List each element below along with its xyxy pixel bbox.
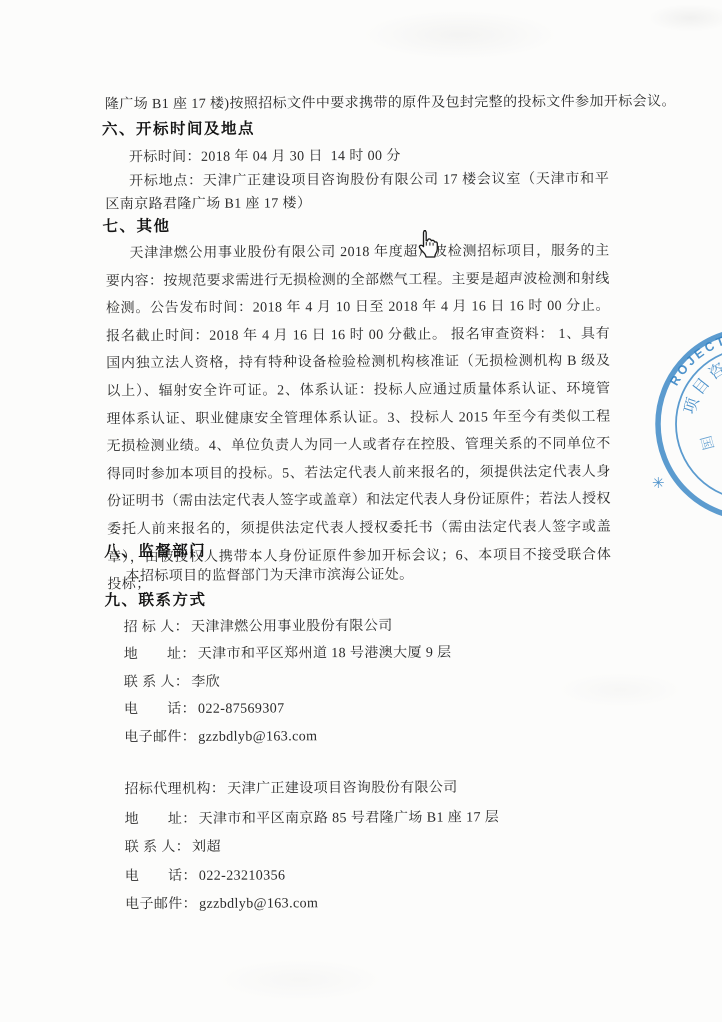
contact-label: 电子邮件：	[125, 897, 197, 912]
tenderer-contact-person-row: 联 系 人：李欣	[124, 672, 220, 694]
agency-name-row: 招标代理机构：天津广正建设项目咨询股份有限公司	[124, 777, 457, 800]
contact-value: gzzbdlyb@163.com	[198, 729, 317, 745]
section-7-heading: 七、其他	[102, 216, 170, 237]
contact-value: gzzbdlyb@163.com	[199, 896, 318, 912]
tenderer-name-row: 招 标 人：天津津燃公用事业股份有限公司	[124, 616, 393, 638]
contact-value: 天津市和平区南京路 85 号君隆广场 B1 座 17 层	[199, 810, 500, 827]
contact-label: 地 址：	[124, 647, 196, 662]
bid-opening-time: 开标时间：2018 年 04 月 30 日 14 时 00 分	[105, 146, 401, 169]
seal-partial-char: 国	[696, 434, 715, 452]
contact-label: 招 标 人：	[124, 620, 189, 635]
contact-value: 天津市和平区郑州道 18 号港澳大厦 9 层	[198, 646, 452, 662]
contact-label: 联 系 人：	[125, 840, 190, 855]
agency-email-row: 电子邮件：gzzbdlyb@163.com	[125, 893, 318, 915]
document-content: 隆广场 B1 座 17 楼)按照招标文件中要求携带的原件及包封完整的投标文件参加…	[0, 0, 722, 1022]
bid-opening-place: 开标地点：天津广正建设项目咨询股份有限公司 17 楼会议室（天津市和平区南京路君…	[105, 169, 609, 217]
contact-value: 022-23210356	[199, 868, 286, 883]
contact-value: 022-87569307	[198, 701, 285, 716]
contact-value: 刘超	[192, 840, 221, 855]
tenderer-email-row: 电子邮件：gzzbdlyb@163.com	[124, 726, 317, 748]
contact-label: 电 话：	[125, 869, 197, 884]
agency-contact-person-row: 联 系 人：刘超	[125, 837, 221, 859]
agency-phone-row: 电 话：022-23210356	[125, 865, 286, 887]
contact-label: 招标代理机构：	[124, 782, 225, 798]
hand-pointer-icon	[414, 229, 440, 258]
agency-address-row: 地 址：天津市和平区南京路 85 号君隆广场 B1 座 17 层	[125, 807, 500, 830]
tenderer-address-row: 地 址：天津市和平区郑州道 18 号港澳大厦 9 层	[124, 643, 452, 666]
contact-value: 天津广正建设项目咨询股份有限公司	[227, 780, 457, 796]
contact-label: 联 系 人：	[124, 675, 189, 690]
scanned-document-page: 隆广场 B1 座 17 楼)按照招标文件中要求携带的原件及包封完整的投标文件参加…	[0, 0, 722, 1022]
section-6-heading: 六、开标时间及地点	[102, 119, 255, 141]
contact-value: 天津津燃公用事业股份有限公司	[191, 619, 393, 635]
company-seal: ROJECT 项目咨询 国 ✳	[636, 330, 722, 518]
section-9-heading: 九、联系方式	[104, 590, 206, 612]
supervision-department-line: 本招标项目的监督部门为天津市滨海公证处。	[107, 565, 413, 588]
contact-label: 地 址：	[125, 812, 197, 827]
contact-value: 李欣	[191, 675, 220, 690]
tenderer-phone-row: 电 话：022-87569307	[124, 698, 285, 720]
contact-label: 电子邮件：	[124, 730, 196, 745]
section-8-heading: 八、监督部门	[104, 541, 206, 563]
continuation-line: 隆广场 B1 座 17 楼)按照招标文件中要求携带的原件及包封完整的投标文件参加…	[105, 92, 617, 116]
seal-star-icon: ✳	[652, 476, 665, 492]
contact-label: 电 话：	[124, 702, 196, 717]
